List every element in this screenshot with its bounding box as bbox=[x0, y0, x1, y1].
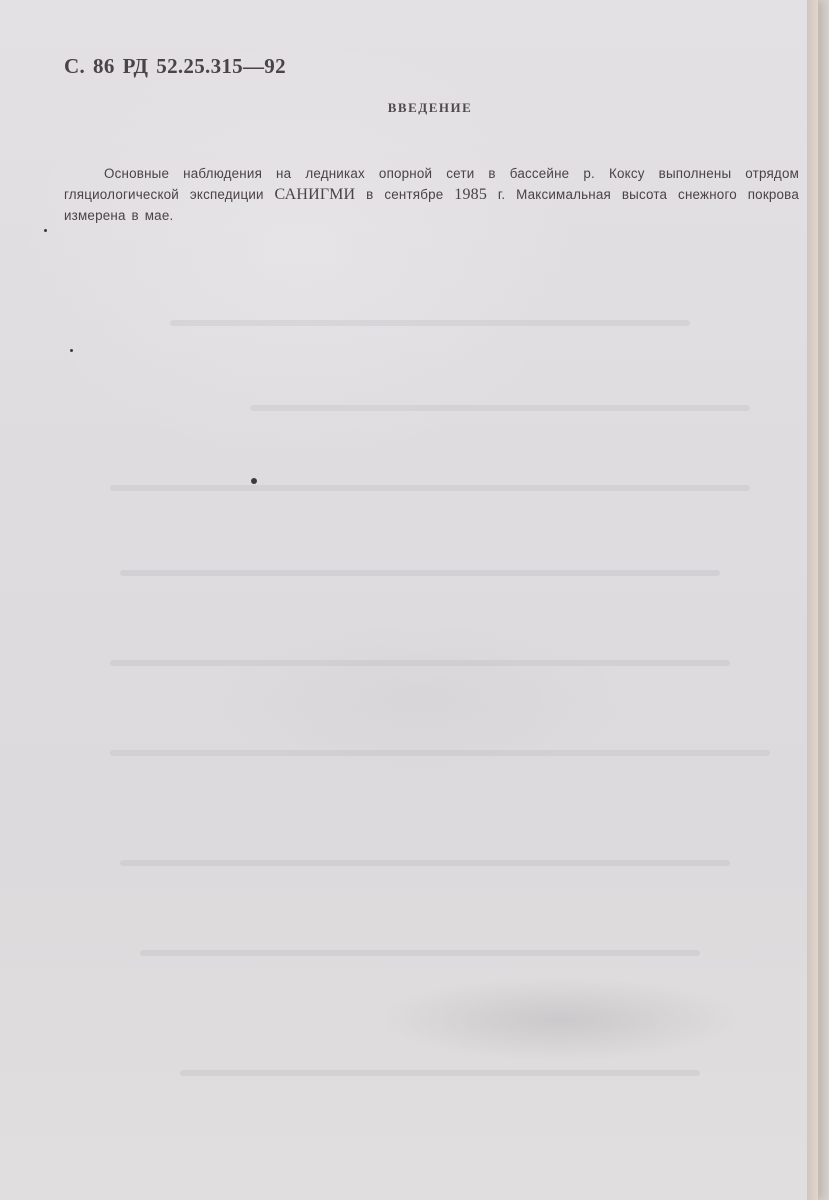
page-edge bbox=[807, 0, 818, 1200]
page-prefix: С. bbox=[64, 54, 85, 78]
page-header: С.86РД52.25.315—92 bbox=[64, 54, 294, 79]
print-speck bbox=[44, 229, 47, 232]
show-through bbox=[180, 1070, 700, 1076]
page-number: 86 bbox=[93, 54, 115, 78]
intro-paragraph: Основные наблюдения на ледниках опорной … bbox=[64, 163, 799, 226]
show-through bbox=[170, 320, 690, 326]
show-through bbox=[120, 860, 730, 866]
print-speck bbox=[70, 349, 73, 352]
year: 1985 bbox=[454, 186, 487, 203]
paragraph-text: в сентябре bbox=[355, 187, 454, 202]
document-page: С.86РД52.25.315—92 ВВЕДЕНИЕ Основные наб… bbox=[0, 0, 818, 1200]
show-through bbox=[110, 485, 750, 491]
doc-code-prefix: РД bbox=[123, 54, 149, 78]
show-through bbox=[250, 405, 750, 411]
section-title: ВВЕДЕНИЕ bbox=[0, 100, 829, 116]
show-through bbox=[140, 950, 700, 956]
doc-code: 52.25.315—92 bbox=[156, 54, 286, 78]
print-speck bbox=[251, 478, 257, 484]
show-through bbox=[120, 570, 720, 576]
show-through bbox=[110, 750, 770, 756]
show-through bbox=[110, 660, 730, 666]
organization-name: САНИГМИ bbox=[275, 186, 356, 203]
